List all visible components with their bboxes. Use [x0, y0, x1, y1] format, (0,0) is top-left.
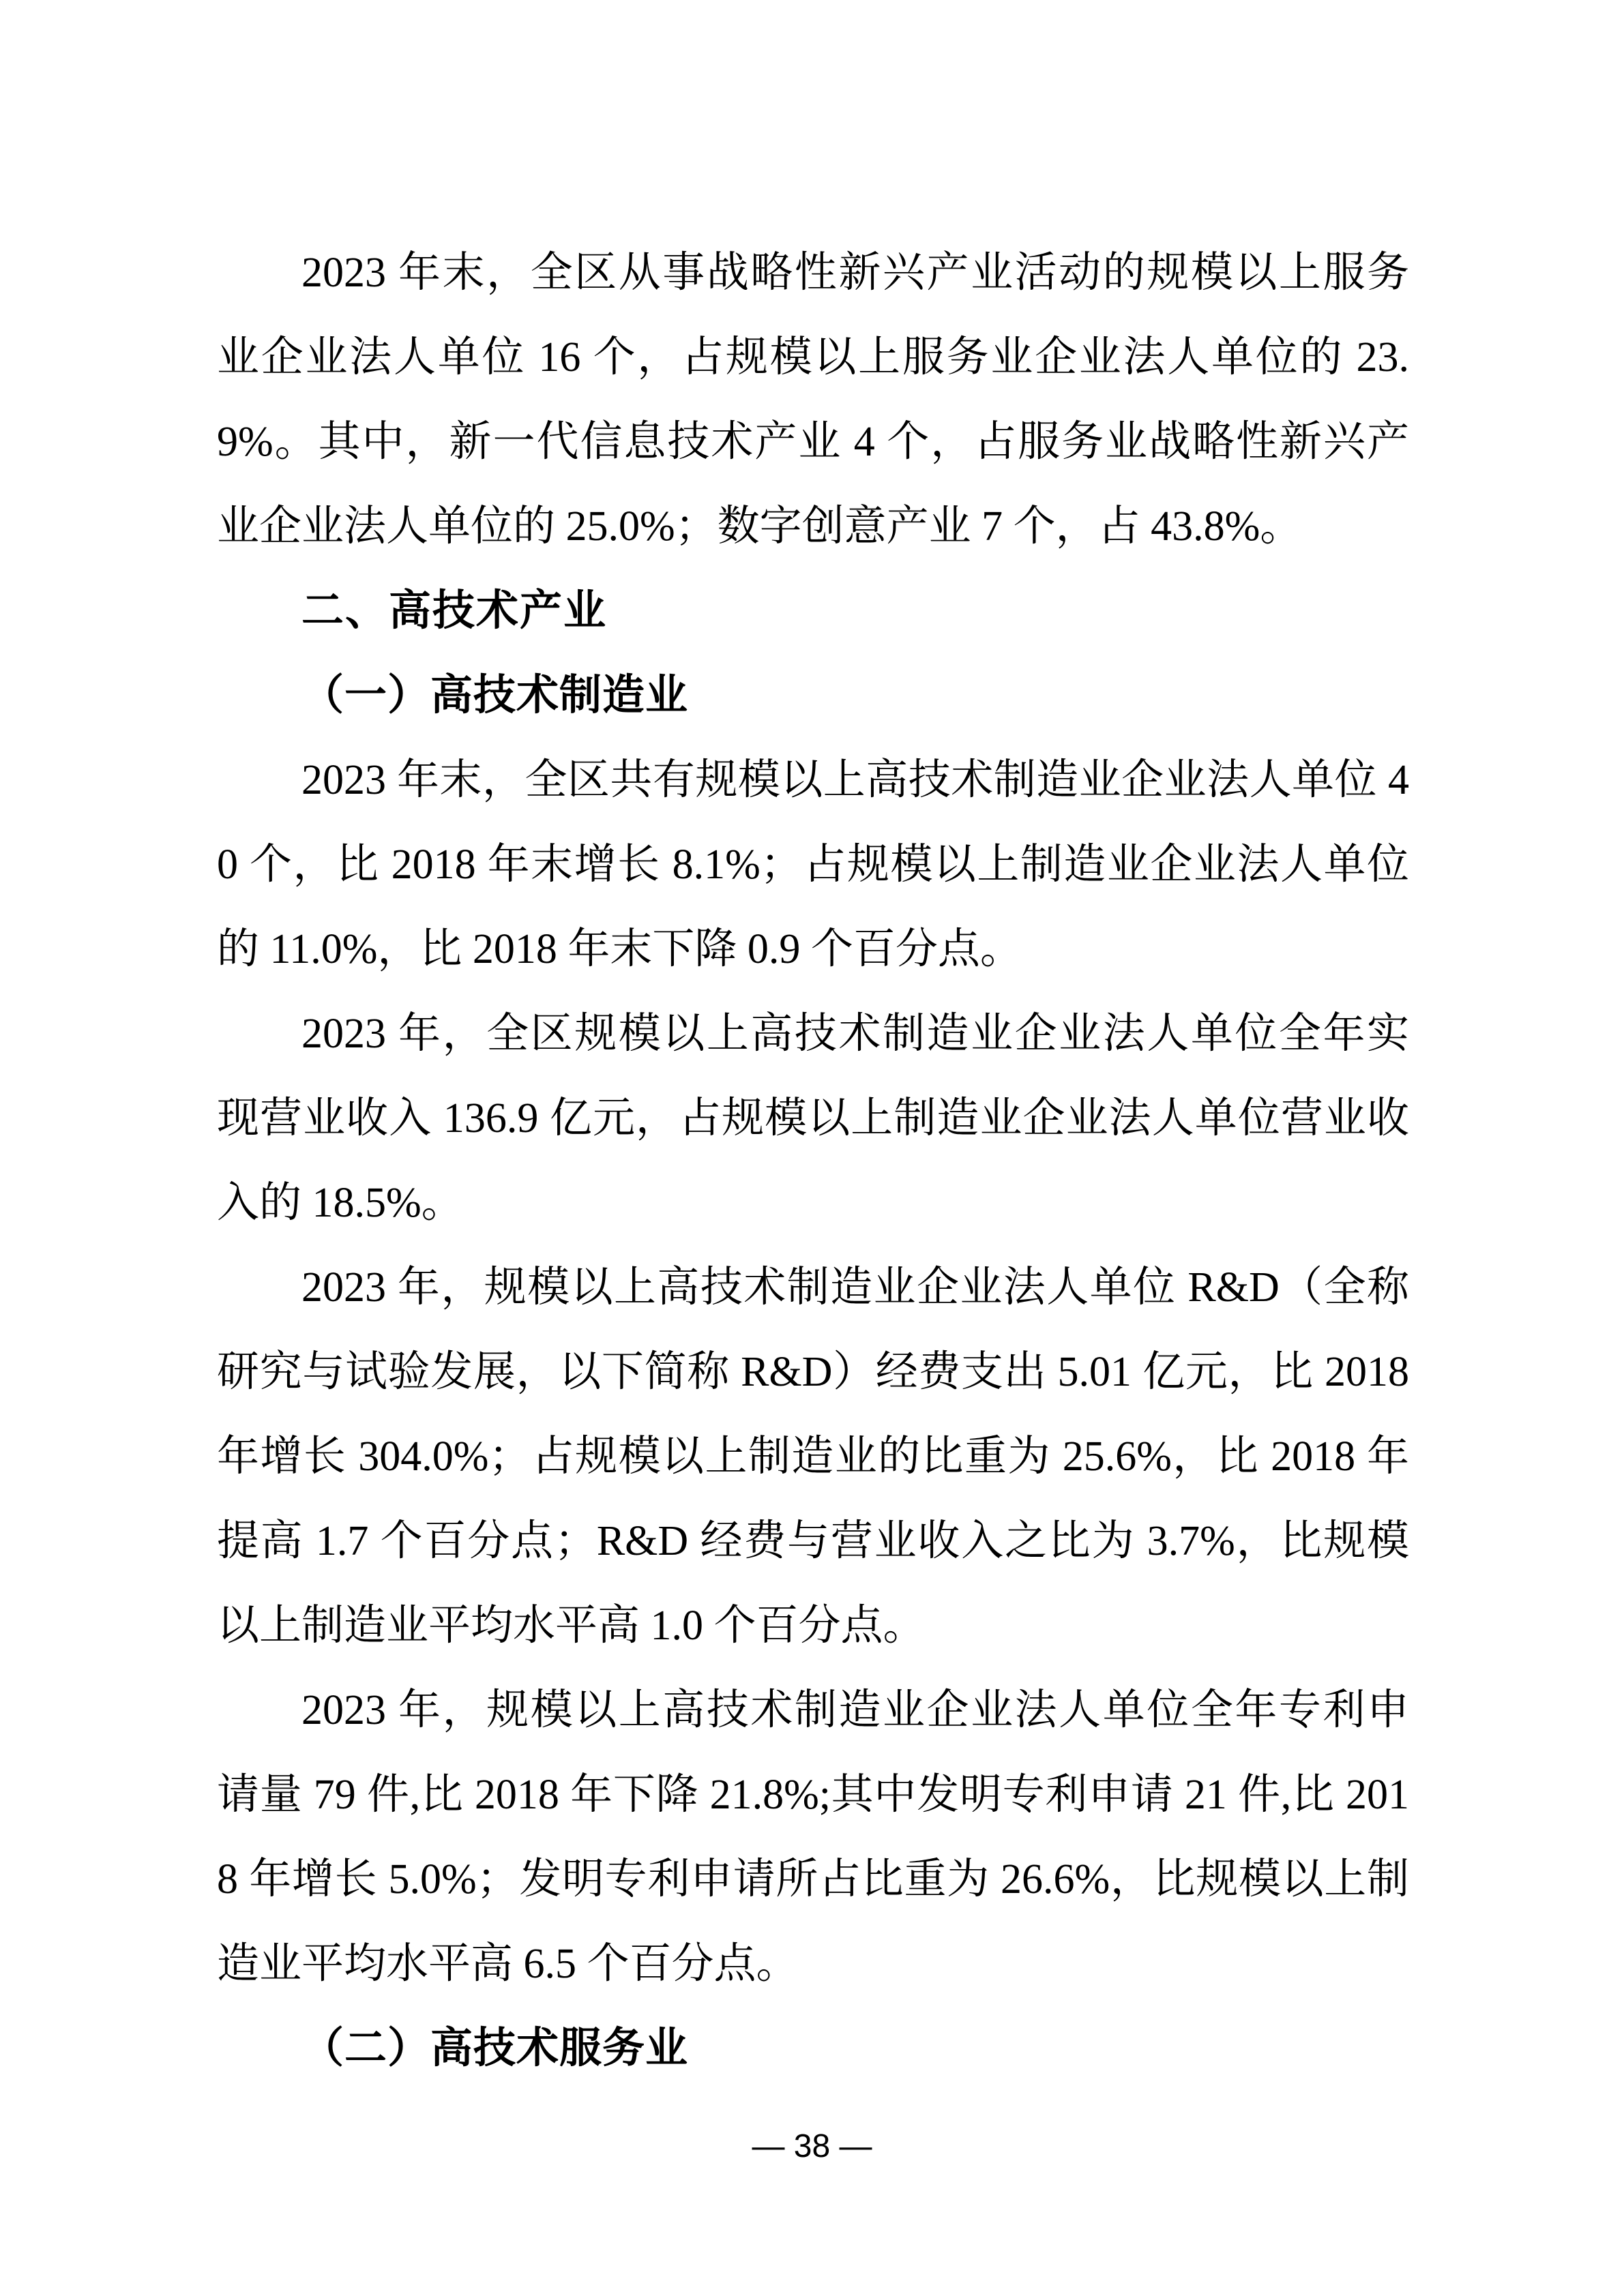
- document-page-38: { "document": { "language": "zh-CN", "co…: [0, 0, 1624, 2296]
- page-background: 2023 年末，全区从事战略性新兴产业活动的规模以上服务业企业法人单位 16 个…: [0, 0, 1624, 2296]
- subsection-heading-high-tech-services: （二）高技术服务业: [217, 2006, 1409, 2091]
- page-number: — 38 —: [0, 2122, 1624, 2171]
- section-heading-high-tech-industry: 二、高技术产业: [217, 569, 1409, 653]
- subsection-heading-high-tech-manufacturing: （一）高技术制造业: [217, 653, 1409, 738]
- paragraph-strategic-emerging-services: 2023 年末，全区从事战略性新兴产业活动的规模以上服务业企业法人单位 16 个…: [217, 230, 1409, 569]
- paragraph-patent-applications: 2023 年，规模以上高技术制造业企业法人单位全年专利申请量 79 件,比 20…: [217, 1668, 1409, 2006]
- paragraph-manufacturing-revenue: 2023 年，全区规模以上高技术制造业企业法人单位全年实现营业收入 136.9 …: [217, 992, 1409, 1245]
- document-body: 2023 年末，全区从事战略性新兴产业活动的规模以上服务业企业法人单位 16 个…: [217, 230, 1409, 2091]
- paragraph-rd-expenditure: 2023 年，规模以上高技术制造业企业法人单位 R&D（全称研究与试验发展，以下…: [217, 1245, 1409, 1668]
- paragraph-manufacturing-units: 2023 年末，全区共有规模以上高技术制造业企业法人单位 40 个，比 2018…: [217, 738, 1409, 992]
